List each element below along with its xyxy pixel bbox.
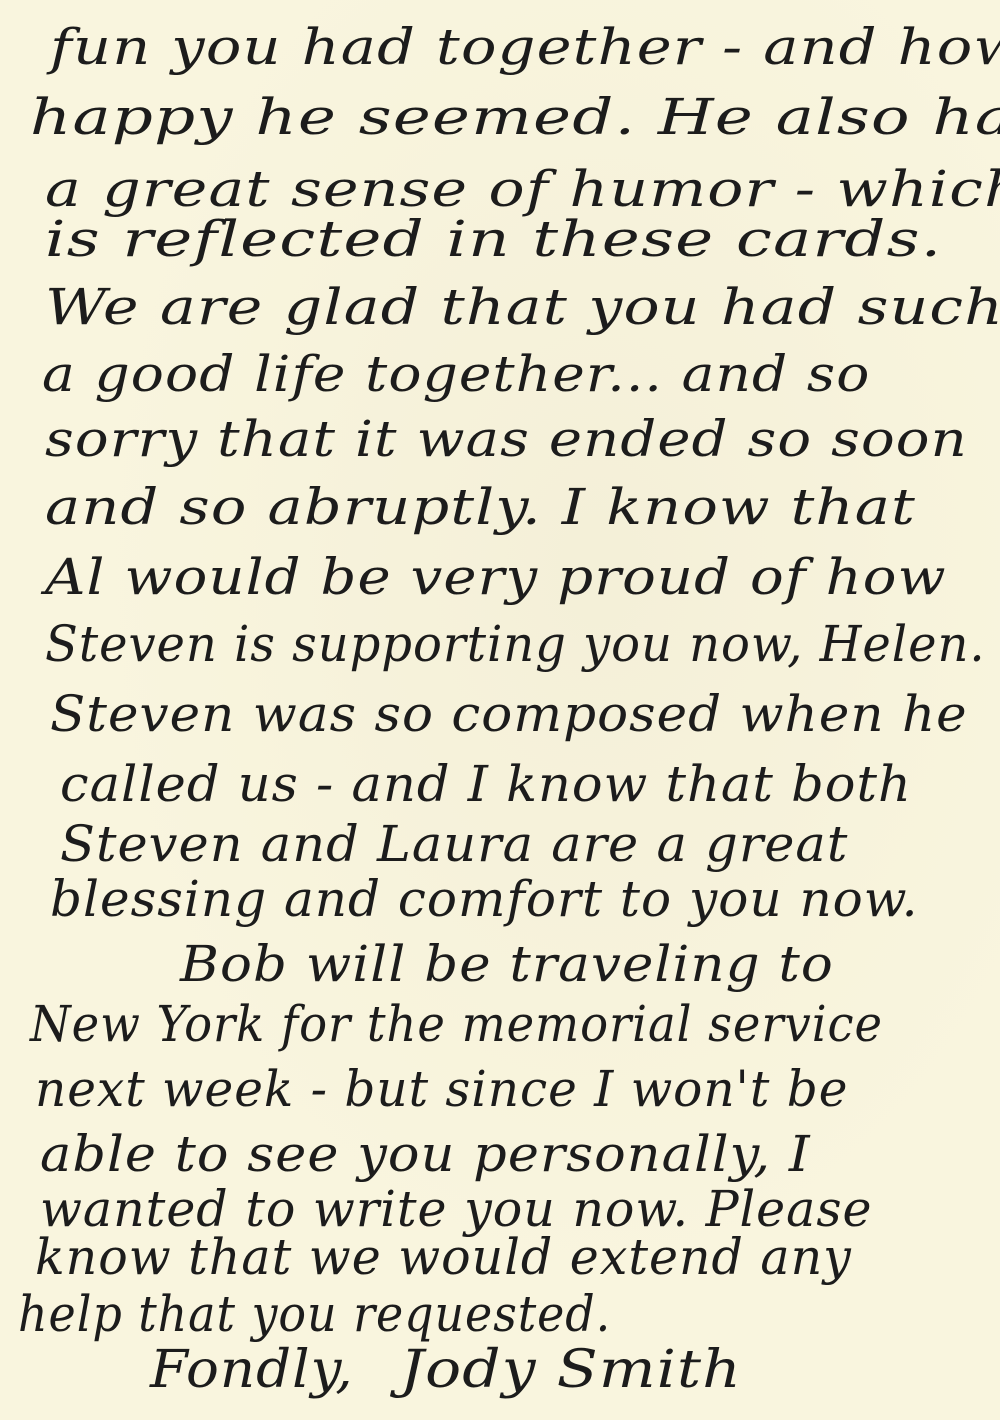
- letter-line-20: know that we would extend any: [35, 1228, 852, 1286]
- letter-line-10: Steven is supporting you now, Helen.: [45, 615, 986, 673]
- letter-line-9: Al would be very proud of how: [45, 548, 947, 606]
- letter-line-1: fun you had together - and how: [50, 18, 1000, 76]
- letter-line-18: able to see you personally, I: [40, 1125, 811, 1183]
- letter-line-16: New York for the memorial service: [30, 995, 883, 1053]
- handwritten-letter-page: fun you had together - and how happy he …: [0, 0, 1000, 1420]
- letter-signature: Jody Smith: [400, 1340, 742, 1400]
- letter-line-7: sorry that it was ended so soon: [45, 410, 968, 468]
- letter-line-17: next week - but since I won't be: [35, 1060, 848, 1118]
- letter-line-5: We are glad that you had such: [45, 278, 1000, 336]
- letter-line-21: help that you requested.: [18, 1285, 611, 1343]
- letter-line-8: and so abruptly. I know that: [45, 478, 916, 536]
- letter-line-14: blessing and comfort to you now.: [50, 870, 919, 928]
- letter-line-4: is reflected in these cards.: [45, 210, 942, 268]
- letter-line-12: called us - and I know that both: [60, 755, 912, 813]
- letter-line-15: Bob will be traveling to: [180, 935, 834, 993]
- letter-line-13: Steven and Laura are a great: [60, 815, 848, 873]
- letter-closing: Fondly,: [150, 1340, 354, 1400]
- letter-line-2: happy he seemed. He also had: [30, 88, 1000, 146]
- letter-line-6: a good life together... and so: [42, 345, 870, 403]
- letter-line-11: Steven was so composed when he: [50, 685, 968, 743]
